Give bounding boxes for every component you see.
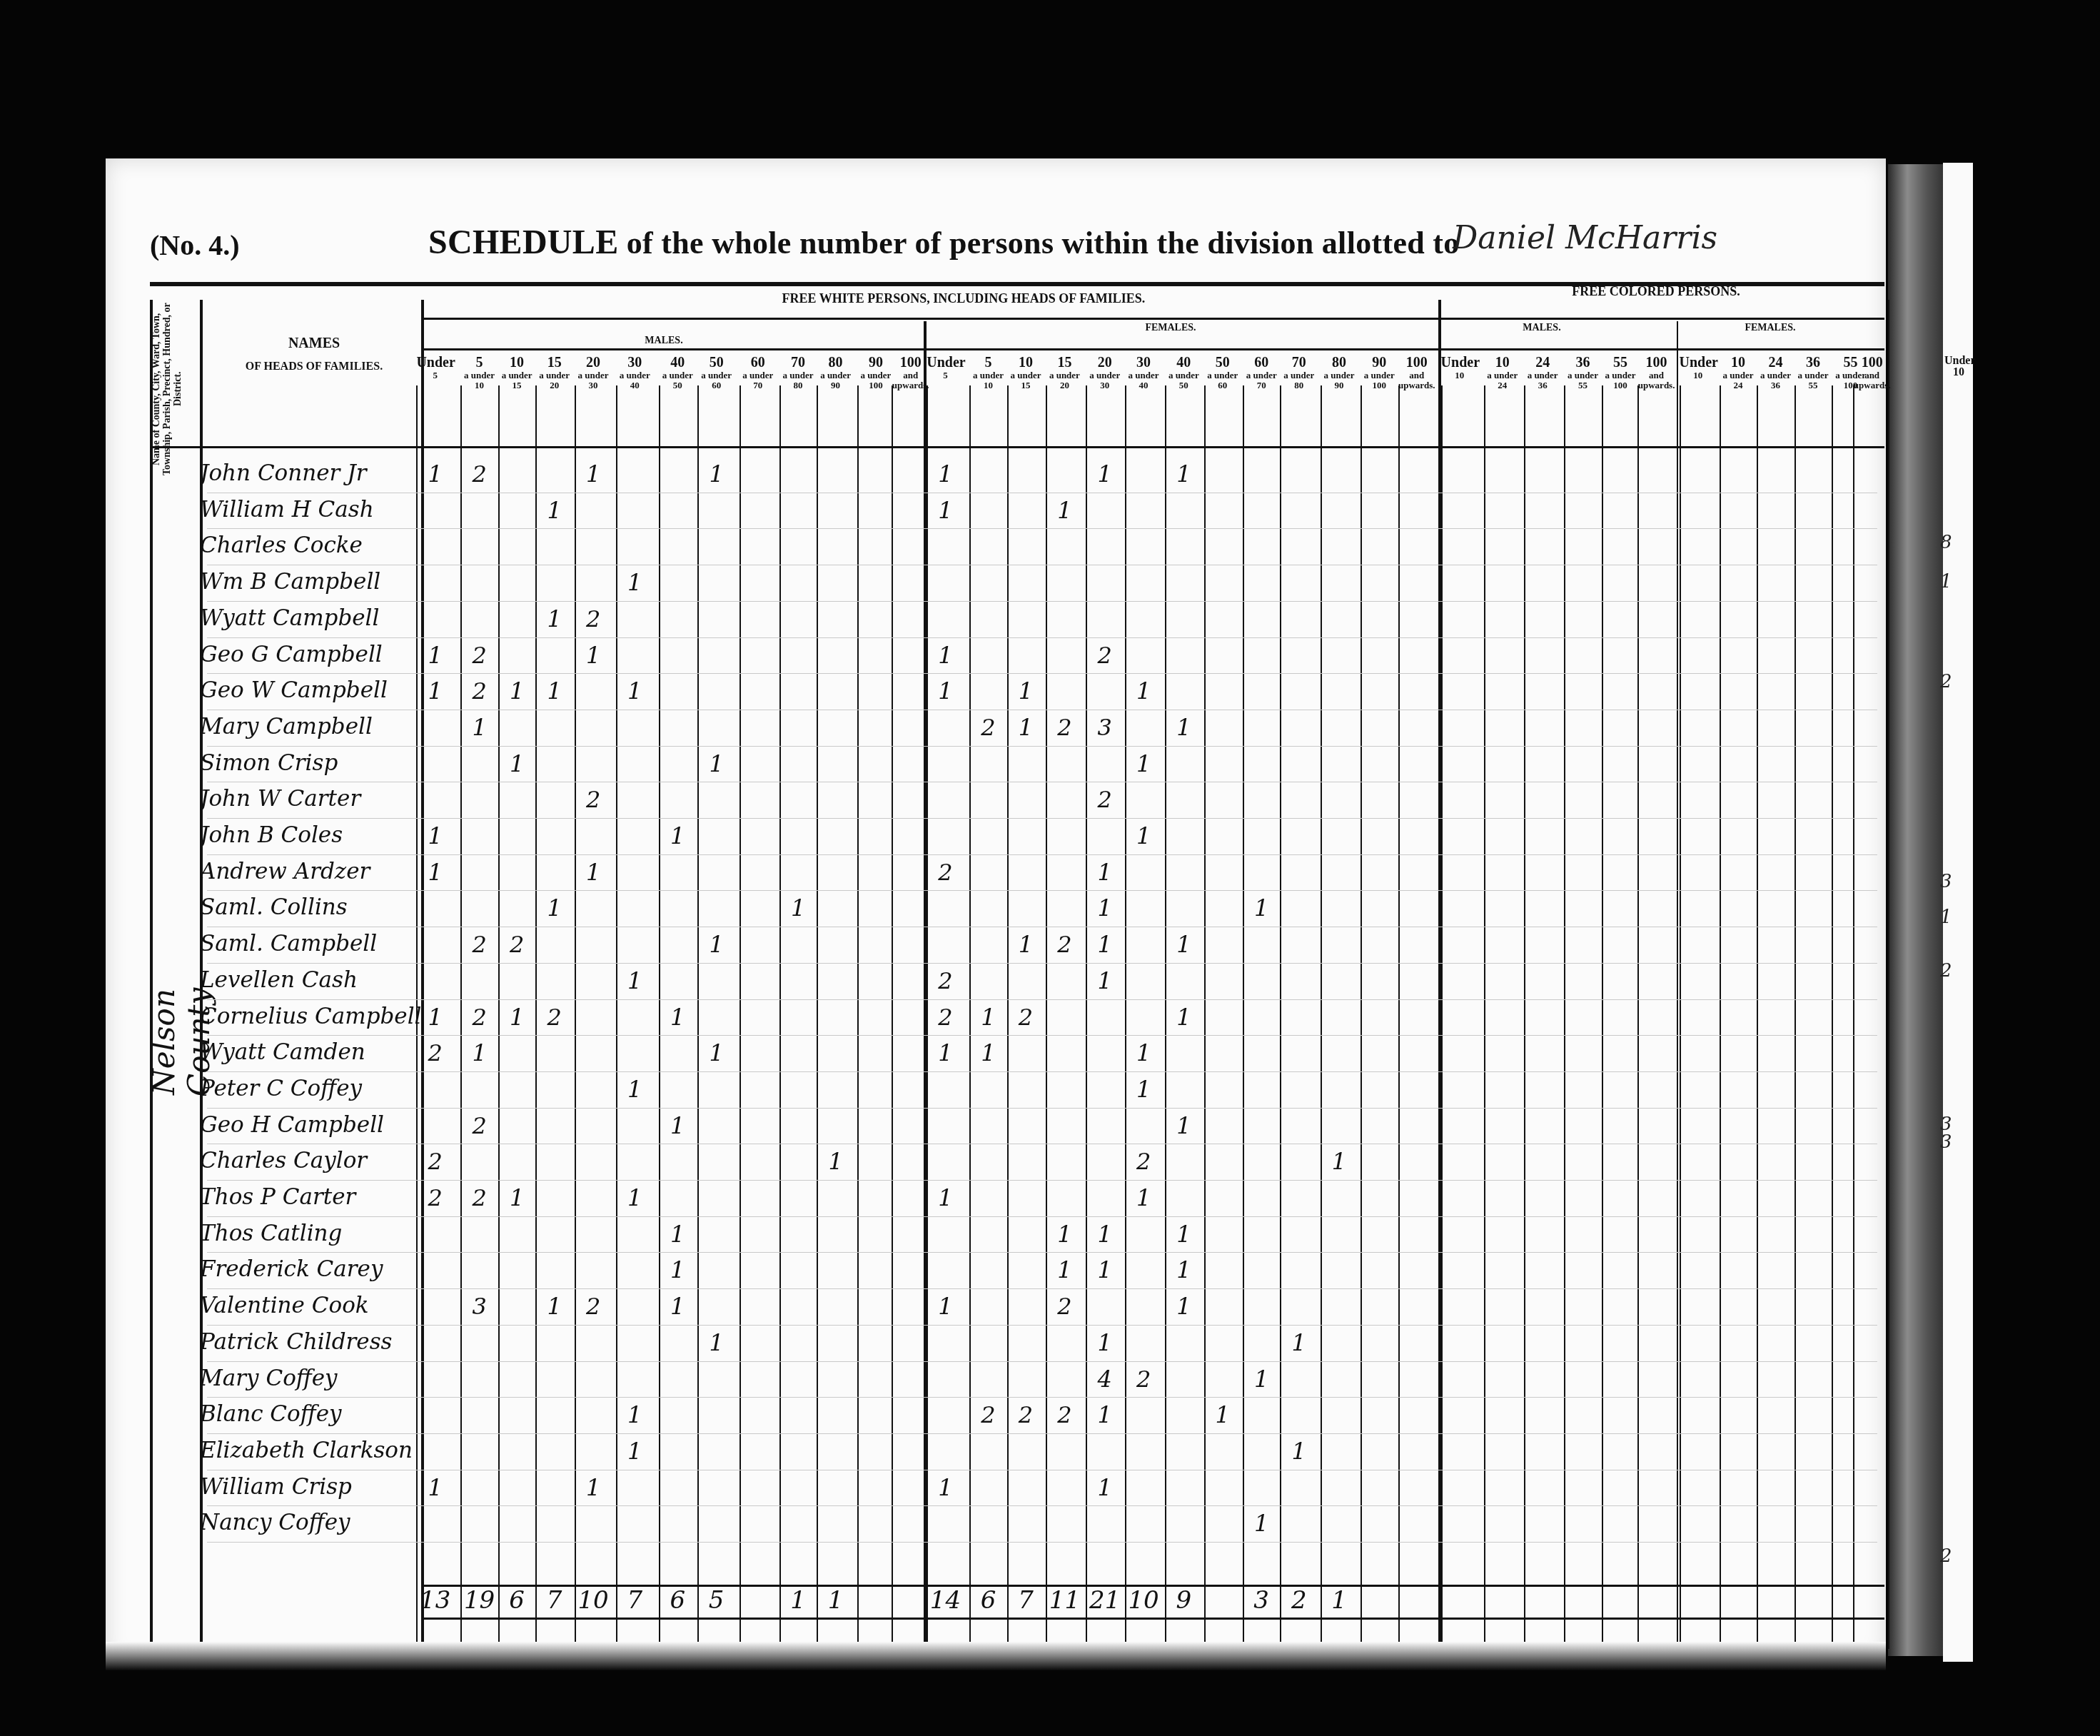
head-of-family-name: Wyatt Campbell xyxy=(200,605,421,631)
female-total: 14 xyxy=(927,1586,964,1615)
female-count: 1 xyxy=(1007,677,1044,705)
column-divider xyxy=(817,385,818,1649)
female-count: 1 xyxy=(927,497,964,524)
title-rest: of the whole number of persons within th… xyxy=(618,226,1459,261)
adjacent-page-mark: 2 xyxy=(1940,960,1952,981)
age-range: a under 15 xyxy=(498,370,536,390)
row-guide xyxy=(207,782,1877,782)
head-of-family-name: John B Coles xyxy=(200,822,421,848)
adjacent-page-mark: 1 xyxy=(1940,571,1952,592)
column-divider xyxy=(1125,385,1126,1649)
row-guide xyxy=(207,1505,1877,1506)
male-count: 1 xyxy=(417,859,454,886)
female-count: 2 xyxy=(969,714,1006,741)
male-count: 1 xyxy=(659,822,696,849)
row-guide xyxy=(207,637,1877,638)
female-count: 1 xyxy=(1165,1293,1202,1320)
male-count: 1 xyxy=(461,714,498,741)
row-guide xyxy=(207,1071,1877,1072)
age-label: Under xyxy=(927,355,964,370)
age-range: a under 36 xyxy=(1524,370,1562,390)
column-divider xyxy=(575,385,576,1649)
row-guide xyxy=(207,890,1877,891)
age-label: 10 xyxy=(1007,355,1045,370)
male-count: 1 xyxy=(616,569,653,596)
age-range: a under 10 xyxy=(460,370,498,390)
head-of-family-name: Thos P Carter xyxy=(200,1184,421,1210)
colored-female-age-header: 100and upwards. xyxy=(1853,355,1891,390)
female-total: 3 xyxy=(1243,1586,1280,1615)
white-colored-divider xyxy=(1438,300,1441,1649)
county-col-left xyxy=(150,300,153,1649)
colored-male-age-header: 10a under 24 xyxy=(1484,355,1522,390)
female-count: 2 xyxy=(927,967,964,994)
female-count: 1 xyxy=(1086,1474,1124,1501)
female-count: 2 xyxy=(969,1401,1006,1428)
female-count: 1 xyxy=(1165,1112,1202,1139)
column-divider xyxy=(1204,385,1206,1649)
header-rule-bottom xyxy=(150,446,1884,448)
female-count: 1 xyxy=(927,642,964,669)
row-guide xyxy=(207,601,1877,602)
column-divider xyxy=(1794,385,1796,1649)
male-count: 1 xyxy=(616,1184,653,1211)
age-range: and upwards. xyxy=(1637,370,1675,390)
male-count: 2 xyxy=(461,1112,498,1139)
age-range: a under 10 xyxy=(969,370,1007,390)
male-count: 2 xyxy=(461,642,498,669)
age-label: 10 xyxy=(1484,355,1522,370)
column-divider xyxy=(1832,385,1833,1649)
female-count: 3 xyxy=(1086,714,1124,741)
age-range: and upwards. xyxy=(1398,370,1436,390)
female-count: 1 xyxy=(1281,1329,1318,1356)
column-divider xyxy=(1720,385,1721,1649)
age-label: Under xyxy=(1441,355,1479,370)
female-total: 9 xyxy=(1165,1586,1202,1615)
male-total: 6 xyxy=(659,1586,696,1615)
head-of-family-name: Geo G Campbell xyxy=(200,642,421,667)
female-count: 1 xyxy=(927,460,964,488)
adjacent-page-mark: 2 xyxy=(1940,1545,1952,1567)
colored-females-header: FEMALES. xyxy=(1713,323,1827,334)
row-guide xyxy=(207,1542,1877,1543)
totals-rule-bottom xyxy=(421,1618,1884,1620)
age-range: a under 80 xyxy=(779,370,817,390)
age-label: 40 xyxy=(659,355,697,370)
female-count: 1 xyxy=(927,1039,964,1066)
head-of-family-name: Cornelius Campbell xyxy=(200,1004,421,1029)
male-total: 7 xyxy=(616,1586,653,1615)
female-total: 2 xyxy=(1281,1586,1318,1615)
male-age-header: 60a under 70 xyxy=(739,355,777,390)
age-range: and upwards. xyxy=(892,370,929,390)
age-label: 90 xyxy=(1361,355,1398,370)
male-count: 1 xyxy=(616,677,653,705)
age-range: a under 40 xyxy=(1125,370,1163,390)
adjacent-page-column-header: Under 10 xyxy=(1944,355,1973,378)
male-count: 1 xyxy=(417,677,454,705)
head-of-family-name: Peter C Coffey xyxy=(200,1076,421,1101)
male-count: 2 xyxy=(498,931,535,958)
male-count: 2 xyxy=(417,1184,454,1211)
female-age-header: 5a under 10 xyxy=(969,355,1007,390)
head-of-family-name: Simon Crisp xyxy=(200,750,421,776)
male-count: 2 xyxy=(461,1184,498,1211)
colored-male-age-header: 100and upwards. xyxy=(1637,355,1675,390)
female-count: 1 xyxy=(1125,750,1162,777)
male-count: 1 xyxy=(616,1401,653,1428)
male-count: 1 xyxy=(461,1039,498,1066)
female-age-header: 40a under 50 xyxy=(1165,355,1203,390)
male-count: 2 xyxy=(575,1293,612,1320)
row-guide xyxy=(207,818,1877,819)
age-label: 80 xyxy=(1321,355,1358,370)
row-guide xyxy=(207,1325,1877,1326)
header-rule-1 xyxy=(421,318,1884,320)
female-count: 2 xyxy=(1086,642,1124,669)
row-guide xyxy=(207,999,1877,1000)
age-label: 100 xyxy=(1398,355,1436,370)
male-count: 1 xyxy=(659,1112,696,1139)
row-guide xyxy=(207,1180,1877,1181)
column-divider xyxy=(892,385,893,1649)
colored-female-age-header: 36a under 55 xyxy=(1794,355,1832,390)
head-of-family-name: Thos Catling xyxy=(200,1221,421,1246)
head-of-family-name: Mary Campbell xyxy=(200,714,421,740)
male-count: 1 xyxy=(698,1329,735,1356)
female-count: 1 xyxy=(1281,1438,1318,1465)
female-count: 1 xyxy=(1165,1221,1202,1248)
male-age-header: 70a under 80 xyxy=(779,355,817,390)
column-divider xyxy=(779,385,781,1649)
head-of-family-name: William H Cash xyxy=(200,497,421,523)
row-guide xyxy=(207,963,1877,964)
column-divider xyxy=(1046,385,1047,1649)
age-range: a under 36 xyxy=(1757,370,1794,390)
age-label: 60 xyxy=(1243,355,1281,370)
male-count: 1 xyxy=(417,460,454,488)
row-guide xyxy=(207,1397,1877,1398)
head-of-family-name: Valentine Cook xyxy=(200,1293,421,1318)
column-divider xyxy=(1564,385,1565,1649)
male-count: 1 xyxy=(659,1256,696,1283)
age-label: Under xyxy=(416,355,454,370)
row-guide xyxy=(207,1108,1877,1109)
head-of-family-name: Wyatt Camden xyxy=(200,1039,421,1065)
names-header-subtitle: OF HEADS OF FAMILIES. xyxy=(207,360,421,373)
head-of-family-name: Saml. Collins xyxy=(200,894,421,920)
male-count: 2 xyxy=(461,460,498,488)
age-range: a under 80 xyxy=(1280,370,1318,390)
colored-mf-divider xyxy=(1677,321,1678,1649)
head-of-family-name: Charles Cocke xyxy=(200,533,421,558)
age-label: 10 xyxy=(1720,355,1757,370)
male-count: 2 xyxy=(536,1004,573,1031)
female-count: 4 xyxy=(1086,1366,1124,1393)
row-guide xyxy=(207,1216,1877,1217)
female-count: 1 xyxy=(1243,1366,1280,1393)
male-count: 2 xyxy=(461,677,498,705)
female-count: 2 xyxy=(1046,714,1083,741)
female-count: 1 xyxy=(1086,1221,1124,1248)
head-of-family-name: John Conner Jr xyxy=(200,460,421,486)
county-column-header: Name of County, City, Ward, Town, Townsh… xyxy=(151,300,200,478)
male-count: 1 xyxy=(659,1221,696,1248)
page-right-edge xyxy=(1888,300,1889,1649)
male-total: 13 xyxy=(417,1586,454,1615)
column-divider xyxy=(857,385,859,1649)
title-prefix: SCHEDULE xyxy=(428,223,618,261)
head-of-family-name: John W Carter xyxy=(200,786,421,812)
colored-male-age-header: Under10 xyxy=(1441,355,1479,380)
age-range: a under 55 xyxy=(1794,370,1832,390)
head-of-family-name: Charles Caylor xyxy=(200,1148,421,1174)
male-count: 2 xyxy=(417,1039,454,1066)
colored-male-age-header: 24a under 36 xyxy=(1524,355,1562,390)
female-total: 1 xyxy=(1321,1586,1358,1615)
female-count: 1 xyxy=(1046,1256,1083,1283)
male-age-header: 100and upwards. xyxy=(892,355,929,390)
female-count: 1 xyxy=(969,1039,1006,1066)
male-count: 1 xyxy=(616,1076,653,1103)
colored-male-age-header: 36a under 55 xyxy=(1564,355,1602,390)
female-count: 1 xyxy=(1046,497,1083,524)
age-label: 100 xyxy=(1637,355,1675,370)
head-of-family-name: Elizabeth Clarkson xyxy=(200,1438,421,1463)
column-divider xyxy=(1484,385,1485,1649)
colored-males-header: MALES. xyxy=(1499,323,1585,334)
age-range: a under 100 xyxy=(1361,370,1398,390)
female-age-header: 100and upwards. xyxy=(1398,355,1436,390)
white-males-header: MALES. xyxy=(571,335,757,347)
age-range: a under 55 xyxy=(1564,370,1602,390)
male-count: 2 xyxy=(461,1004,498,1031)
male-total: 5 xyxy=(698,1586,735,1615)
female-age-header: 80a under 90 xyxy=(1321,355,1358,390)
age-range: a under 30 xyxy=(1086,370,1124,390)
male-count: 2 xyxy=(461,931,498,958)
age-label: 60 xyxy=(739,355,777,370)
age-label: 5 xyxy=(969,355,1007,370)
female-count: 1 xyxy=(1086,1256,1124,1283)
age-range: a under 30 xyxy=(575,370,612,390)
adjacent-page-mark: 2 xyxy=(1940,671,1952,692)
male-count: 1 xyxy=(616,967,653,994)
age-label: 15 xyxy=(535,355,573,370)
male-count: 1 xyxy=(698,1039,735,1066)
male-total: 7 xyxy=(536,1586,573,1615)
age-label: 55 xyxy=(1602,355,1640,370)
head-of-family-name: Geo W Campbell xyxy=(200,677,421,703)
male-count: 1 xyxy=(779,894,817,922)
male-total: 10 xyxy=(575,1586,612,1615)
male-count: 1 xyxy=(417,642,454,669)
female-count: 2 xyxy=(1125,1366,1162,1393)
female-age-header: 90a under 100 xyxy=(1361,355,1398,390)
female-age-header: 60a under 70 xyxy=(1243,355,1281,390)
male-count: 2 xyxy=(575,605,612,632)
column-divider xyxy=(1243,385,1244,1649)
colored-male-age-header: 55a under 100 xyxy=(1602,355,1640,390)
age-range: a under 24 xyxy=(1720,370,1757,390)
column-divider xyxy=(1680,385,1681,1649)
age-range: a under 50 xyxy=(1165,370,1203,390)
column-divider xyxy=(1637,385,1639,1649)
female-count: 2 xyxy=(1125,1148,1162,1175)
age-range: a under 60 xyxy=(1204,370,1242,390)
column-divider xyxy=(697,385,699,1649)
male-count: 1 xyxy=(659,1293,696,1320)
male-total: 1 xyxy=(817,1586,854,1615)
female-count: 1 xyxy=(1165,460,1202,488)
female-total: 6 xyxy=(969,1586,1006,1615)
female-total: 10 xyxy=(1125,1586,1162,1615)
column-divider xyxy=(1853,385,1854,1649)
male-count: 1 xyxy=(698,460,735,488)
male-total: 1 xyxy=(779,1586,817,1615)
head-of-family-name: Nancy Coffey xyxy=(200,1510,421,1535)
age-label: 50 xyxy=(1204,355,1242,370)
schedule-number: (No. 4.) xyxy=(150,228,240,262)
head-of-family-name: Andrew Ardzer xyxy=(200,859,421,884)
row-guide xyxy=(207,1252,1877,1253)
male-count: 1 xyxy=(659,1004,696,1031)
head-of-family-name: Patrick Childress xyxy=(200,1329,421,1355)
male-total: 6 xyxy=(498,1586,535,1615)
column-divider xyxy=(1361,385,1362,1649)
male-age-header: 20a under 30 xyxy=(575,355,612,390)
age-range: 5 xyxy=(416,370,454,380)
age-range: a under 100 xyxy=(857,370,895,390)
female-count: 1 xyxy=(1086,859,1124,886)
row-guide xyxy=(207,927,1877,927)
head-of-family-name: Frederick Carey xyxy=(200,1256,421,1282)
female-count: 1 xyxy=(1086,460,1124,488)
female-count: 1 xyxy=(1086,1329,1124,1356)
row-guide xyxy=(207,1433,1877,1434)
male-count: 1 xyxy=(575,859,612,886)
female-count: 1 xyxy=(1165,931,1202,958)
male-age-header: 90a under 100 xyxy=(857,355,895,390)
row-guide xyxy=(207,854,1877,855)
adjacent-page-mark: 3 xyxy=(1940,1131,1952,1153)
female-count: 1 xyxy=(1125,1076,1162,1103)
female-count: 2 xyxy=(1007,1004,1044,1031)
female-age-header: 50a under 60 xyxy=(1204,355,1242,390)
age-label: 5 xyxy=(460,355,498,370)
female-count: 1 xyxy=(1243,894,1280,922)
age-label: 90 xyxy=(857,355,895,370)
head-of-family-name: Blanc Coffey xyxy=(200,1401,421,1427)
row-guide xyxy=(207,1288,1877,1289)
male-count: 2 xyxy=(575,786,612,813)
male-count: 1 xyxy=(536,677,573,705)
male-count: 1 xyxy=(817,1148,854,1175)
head-of-family-name: Levellen Cash xyxy=(200,967,421,993)
female-age-header: 30a under 40 xyxy=(1125,355,1163,390)
age-range: a under 20 xyxy=(535,370,573,390)
female-count: 1 xyxy=(927,1474,964,1501)
female-age-header: Under5 xyxy=(927,355,964,380)
female-count: 1 xyxy=(1086,1401,1124,1428)
male-age-header: 30a under 40 xyxy=(616,355,654,390)
age-label: 70 xyxy=(1280,355,1318,370)
female-count: 2 xyxy=(1086,786,1124,813)
male-count: 1 xyxy=(698,931,735,958)
row-guide xyxy=(207,565,1877,565)
female-count: 1 xyxy=(969,1004,1006,1031)
names-col-right xyxy=(421,300,424,1649)
male-count: 1 xyxy=(575,1474,612,1501)
female-count: 1 xyxy=(1007,931,1044,958)
male-count: 1 xyxy=(536,1293,573,1320)
female-count: 1 xyxy=(1125,822,1162,849)
free-white-header: FREE WHITE PERSONS, INCLUDING HEADS OF F… xyxy=(714,291,1213,306)
age-range: a under 70 xyxy=(739,370,777,390)
female-count: 1 xyxy=(1204,1401,1241,1428)
free-colored-header: FREE COLORED PERSONS. xyxy=(1535,284,1777,299)
head-of-family-name: William Crisp xyxy=(200,1474,421,1500)
female-age-header: 15a under 20 xyxy=(1046,355,1084,390)
male-age-header: 40a under 50 xyxy=(659,355,697,390)
adjacent-page-mark: 3 xyxy=(1940,871,1952,892)
head-of-family-name: Saml. Campbell xyxy=(200,931,421,957)
female-count: 1 xyxy=(927,1293,964,1320)
male-count: 1 xyxy=(575,642,612,669)
age-label: 40 xyxy=(1165,355,1203,370)
row-guide xyxy=(207,746,1877,747)
age-range: a under 70 xyxy=(1243,370,1281,390)
head-of-family-name: Mary Coffey xyxy=(200,1366,421,1391)
male-total: 19 xyxy=(461,1586,498,1615)
page-bottom-edge xyxy=(106,1642,1886,1670)
colored-female-age-header: 10a under 24 xyxy=(1720,355,1757,390)
colored-female-age-header: 24a under 36 xyxy=(1757,355,1794,390)
age-range: a under 60 xyxy=(697,370,735,390)
adjacent-page-mark: 8 xyxy=(1940,532,1952,553)
age-label: 24 xyxy=(1757,355,1794,370)
male-count: 1 xyxy=(417,1474,454,1501)
male-count: 1 xyxy=(536,497,573,524)
female-count: 1 xyxy=(1086,967,1124,994)
head-of-family-name: Geo H Campbell xyxy=(200,1112,421,1138)
age-label: 30 xyxy=(616,355,654,370)
male-count: 1 xyxy=(698,750,735,777)
male-age-header: 80a under 90 xyxy=(817,355,854,390)
age-label: 30 xyxy=(1125,355,1163,370)
female-count: 2 xyxy=(1046,931,1083,958)
age-label: 36 xyxy=(1794,355,1832,370)
header-rule-2 xyxy=(421,348,1884,350)
female-count: 1 xyxy=(1007,714,1044,741)
age-label: 80 xyxy=(817,355,854,370)
age-range: a under 90 xyxy=(817,370,854,390)
age-range: 10 xyxy=(1680,370,1717,380)
age-label: 24 xyxy=(1524,355,1562,370)
male-count: 1 xyxy=(536,894,573,922)
male-age-header: 5a under 10 xyxy=(460,355,498,390)
age-range: a under 90 xyxy=(1321,370,1358,390)
white-females-header: FEMALES. xyxy=(1099,323,1242,334)
male-age-header: 15a under 20 xyxy=(535,355,573,390)
female-count: 2 xyxy=(1046,1401,1083,1428)
row-guide xyxy=(207,1144,1877,1144)
adjacent-page-mark: 1 xyxy=(1940,907,1952,928)
female-total: 21 xyxy=(1086,1586,1124,1615)
age-label: 20 xyxy=(575,355,612,370)
female-count: 1 xyxy=(1046,1221,1083,1248)
